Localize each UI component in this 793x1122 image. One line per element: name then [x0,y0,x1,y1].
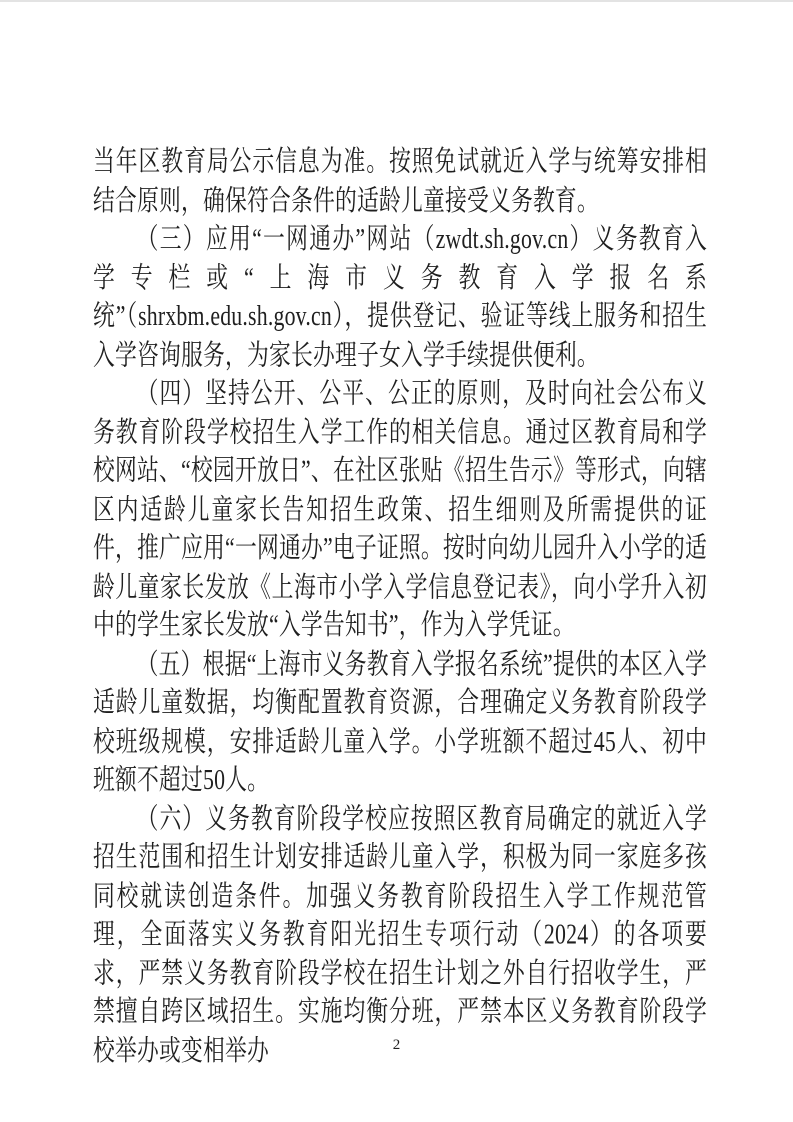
paragraph-item-6: （六）义务教育阶段学校应按照区教育局确定的就近入学招生范围和招生计划安排适龄儿童… [93,800,707,1071]
paragraph-item-3: （三）应用“一网通办”网站（zwdt.sh.gov.cn）义务教育入学专栏或“上… [93,220,707,375]
document-body-text: 当年区教育局公示信息为准。按照免试就近入学与统筹安排相结合原则，确保符合条件的适… [93,143,707,1070]
paragraph-continuation: 当年区教育局公示信息为准。按照免试就近入学与统筹安排相结合原则，确保符合条件的适… [93,143,707,220]
paragraph-item-5: （五）根据“上海市义务教育入学报名系统”提供的本区入学适龄儿童数据，均衡配置教育… [93,645,707,800]
paragraph-item-4: （四）坚持公开、公平、公正的原则，及时向社会公布义务教育阶段学校招生入学工作的相… [93,375,707,646]
scan-edge-artifact [0,0,793,2]
document-page: 当年区教育局公示信息为准。按照免试就近入学与统筹安排相结合原则，确保符合条件的适… [0,0,793,1122]
page-number: 2 [0,1036,793,1054]
